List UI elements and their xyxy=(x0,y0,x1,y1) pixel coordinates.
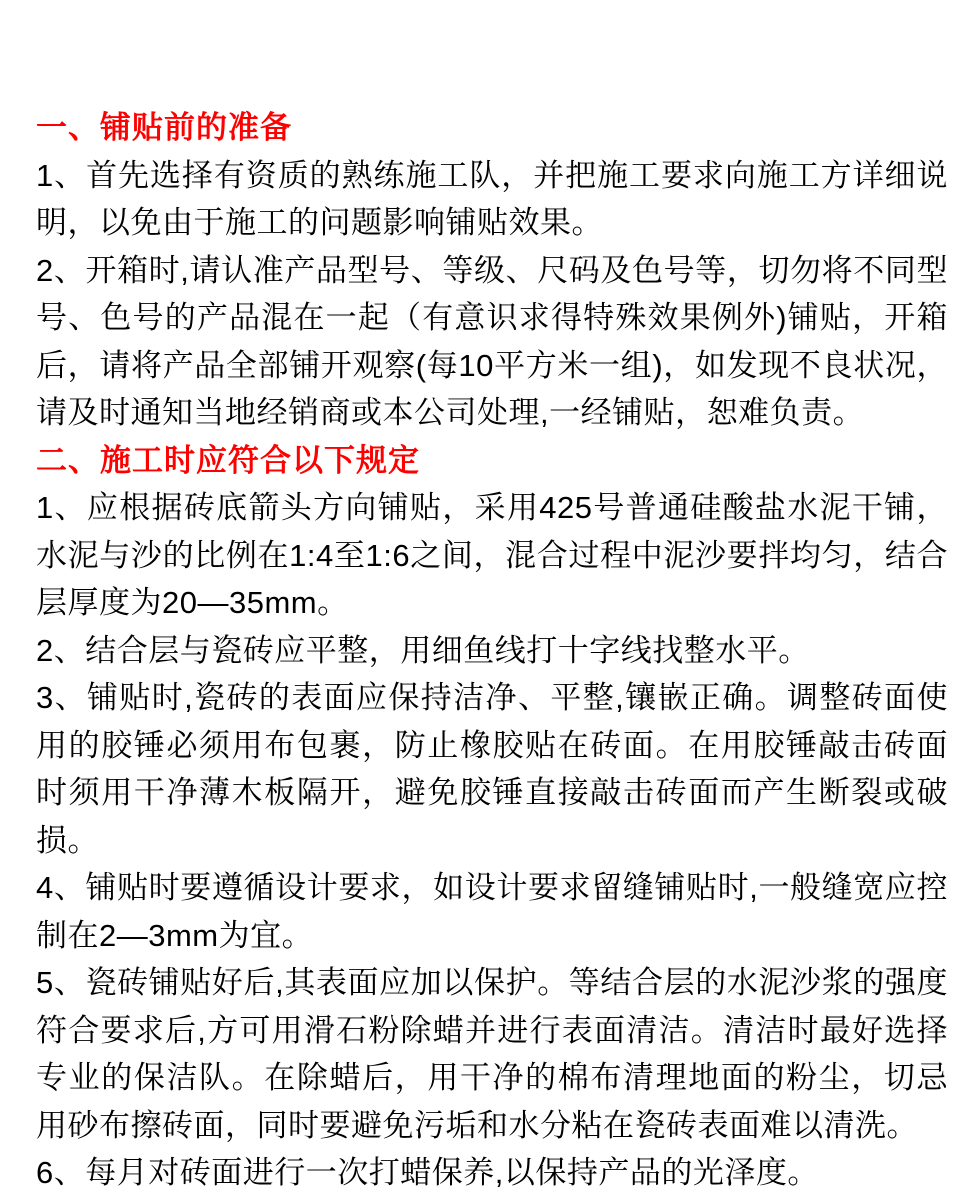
section-heading-preparation: 一、铺贴前的准备 xyxy=(36,104,948,152)
list-item-prep-2: 2、开箱时,请认准产品型号、等级、尺码及色号等，切勿将不同型号、色号的产品混在一… xyxy=(36,247,948,437)
list-item-prep-1: 1、首先选择有资质的熟练施工队，并把施工要求向施工方详细说明，以免由于施工的问题… xyxy=(36,152,948,247)
section-construction-rules: 二、施工时应符合以下规定 1、应根据砖底箭头方向铺贴，采用425号普通硅酸盐水泥… xyxy=(36,437,948,1197)
list-item-rule-6: 6、每月对砖面进行一次打蜡保养,以保持产品的光泽度。 xyxy=(36,1149,948,1197)
list-item-rule-1: 1、应根据砖底箭头方向铺贴，采用425号普通硅酸盐水泥干铺，水泥与沙的比例在1:… xyxy=(36,484,948,627)
section-preparation: 一、铺贴前的准备 1、首先选择有资质的熟练施工队，并把施工要求向施工方详细说明，… xyxy=(36,104,948,437)
list-item-rule-4: 4、铺贴时要遵循设计要求，如设计要求留缝铺贴时,一般缝宽应控制在2—3mm为宜。 xyxy=(36,864,948,959)
list-item-rule-2: 2、结合层与瓷砖应平整，用细鱼线打十字线找整水平。 xyxy=(36,627,948,675)
section-heading-construction-rules: 二、施工时应符合以下规定 xyxy=(36,437,948,485)
list-item-rule-5: 5、瓷砖铺贴好后,其表面应加以保护。等结合层的水泥沙浆的强度符合要求后,方可用滑… xyxy=(36,959,948,1149)
document-page: 一、铺贴前的准备 1、首先选择有资质的熟练施工队，并把施工要求向施工方详细说明，… xyxy=(0,0,980,1200)
list-item-rule-3: 3、铺贴时,瓷砖的表面应保持洁净、平整,镶嵌正确。调整砖面使用的胶锤必须用布包裹… xyxy=(36,674,948,864)
